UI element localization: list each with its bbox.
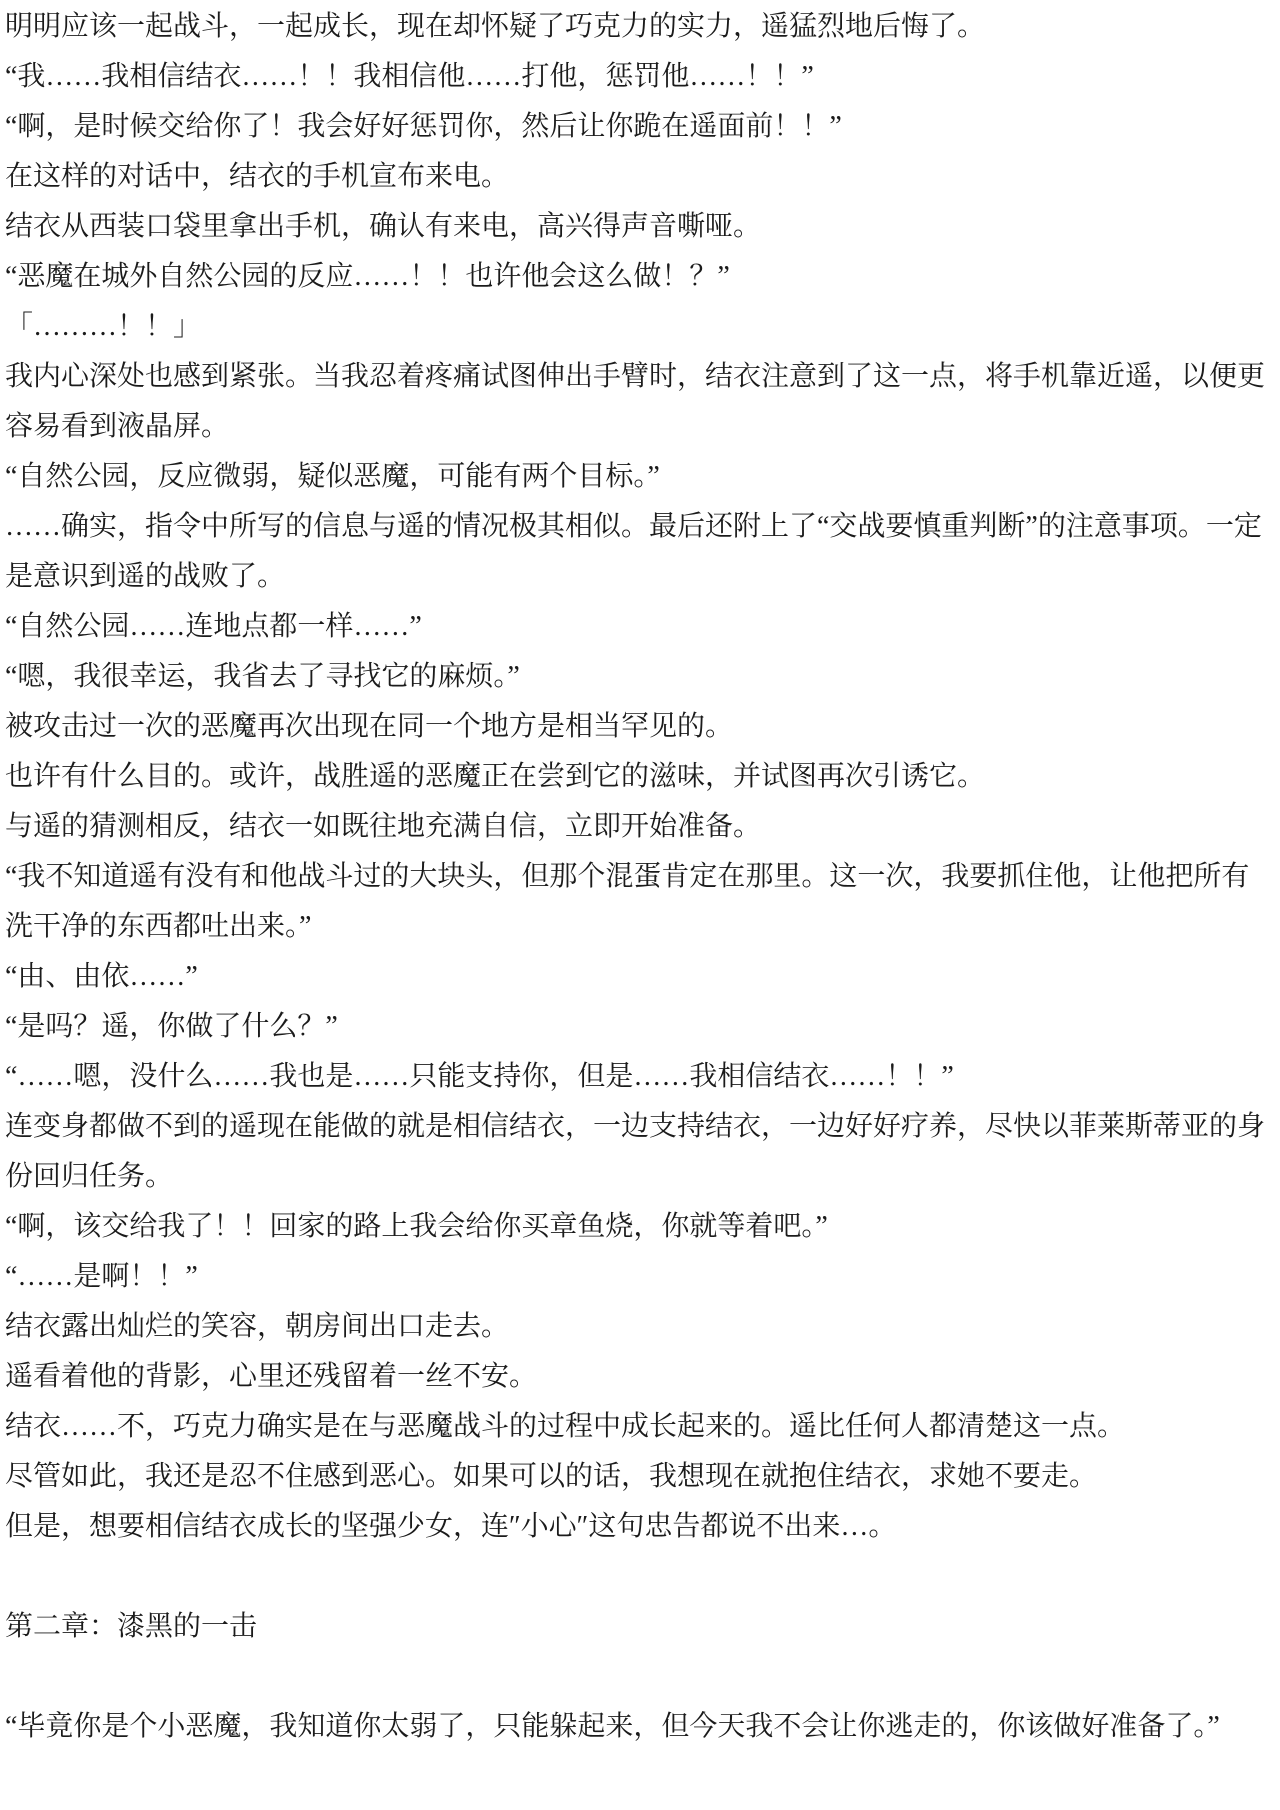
dialogue-paragraph: “我……我相信结衣……！！我相信他……打他，惩罚他……！！” bbox=[5, 52, 1271, 102]
dialogue-paragraph: “恶魔在城外自然公园的反应……！！也许他会这么做！？” bbox=[5, 252, 1271, 302]
chapter-heading: 第二章：漆黑的一击 bbox=[5, 1602, 1271, 1652]
dialogue-paragraph: “由、由依……” bbox=[5, 952, 1271, 1002]
dialogue-paragraph: “啊，是时候交给你了！我会好好惩罚你，然后让你跪在遥面前！！” bbox=[5, 102, 1271, 152]
paragraph: 结衣从西装口袋里拿出手机，确认有来电，高兴得声音嘶哑。 bbox=[5, 202, 1271, 252]
dialogue-paragraph: “毕竟你是个小恶魔，我知道你太弱了，只能躲起来，但今天我不会让你逃走的，你该做好… bbox=[5, 1702, 1271, 1752]
paragraph: 我内心深处也感到紧张。当我忍着疼痛试图伸出手臂时，结衣注意到了这一点，将手机靠近… bbox=[5, 352, 1271, 452]
paragraph: 明明应该一起战斗，一起成长，现在却怀疑了巧克力的实力，遥猛烈地后悔了。 bbox=[5, 2, 1271, 52]
paragraph: 与遥的猜测相反，结衣一如既往地充满自信，立即开始准备。 bbox=[5, 802, 1271, 852]
dialogue-paragraph: “嗯，我很幸运，我省去了寻找它的麻烦。” bbox=[5, 652, 1271, 702]
dialogue-paragraph: “……是啊！！” bbox=[5, 1252, 1271, 1302]
paragraph: 被攻击过一次的恶魔再次出现在同一个地方是相当罕见的。 bbox=[5, 702, 1271, 752]
dialogue-paragraph: “自然公园，反应微弱，疑似恶魔，可能有两个目标。” bbox=[5, 452, 1271, 502]
paragraph: 但是，想要相信结衣成长的坚强少女，连″小心″这句忠告都说不出来…。 bbox=[5, 1502, 1271, 1552]
paragraph: 遥看着他的背影，心里还残留着一丝不安。 bbox=[5, 1352, 1271, 1402]
paragraph: 结衣……不，巧克力确实是在与恶魔战斗的过程中成长起来的。遥比任何人都清楚这一点。 bbox=[5, 1402, 1271, 1452]
dialogue-paragraph: 「………！！」 bbox=[5, 302, 1271, 352]
dialogue-paragraph: “我不知道遥有没有和他战斗过的大块头，但那个混蛋肯定在那里。这一次，我要抓住他，… bbox=[5, 852, 1271, 952]
paragraph: 在这样的对话中，结衣的手机宣布来电。 bbox=[5, 152, 1271, 202]
paragraph: 结衣露出灿烂的笑容，朝房间出口走去。 bbox=[5, 1302, 1271, 1352]
paragraph: 连变身都做不到的遥现在能做的就是相信结衣，一边支持结衣，一边好好疗养，尽快以菲莱… bbox=[5, 1102, 1271, 1202]
dialogue-paragraph: “是吗？遥，你做了什么？” bbox=[5, 1002, 1271, 1052]
dialogue-paragraph: “啊，该交给我了！！回家的路上我会给你买章鱼烧，你就等着吧。” bbox=[5, 1202, 1271, 1252]
paragraph: ……确实，指令中所写的信息与遥的情况极其相似。最后还附上了“交战要慎重判断”的注… bbox=[5, 502, 1271, 602]
dialogue-paragraph: “自然公园……连地点都一样……” bbox=[5, 602, 1271, 652]
dialogue-paragraph: “……嗯，没什么……我也是……只能支持你，但是……我相信结衣……！！” bbox=[5, 1052, 1271, 1102]
paragraph: 尽管如此，我还是忍不住感到恶心。如果可以的话，我想现在就抱住结衣，求她不要走。 bbox=[5, 1452, 1271, 1502]
paragraph: 也许有什么目的。或许，战胜遥的恶魔正在尝到它的滋味，并试图再次引诱它。 bbox=[5, 752, 1271, 802]
document-page: 明明应该一起战斗，一起成长，现在却怀疑了巧克力的实力，遥猛烈地后悔了。 “我……… bbox=[0, 0, 1280, 1810]
